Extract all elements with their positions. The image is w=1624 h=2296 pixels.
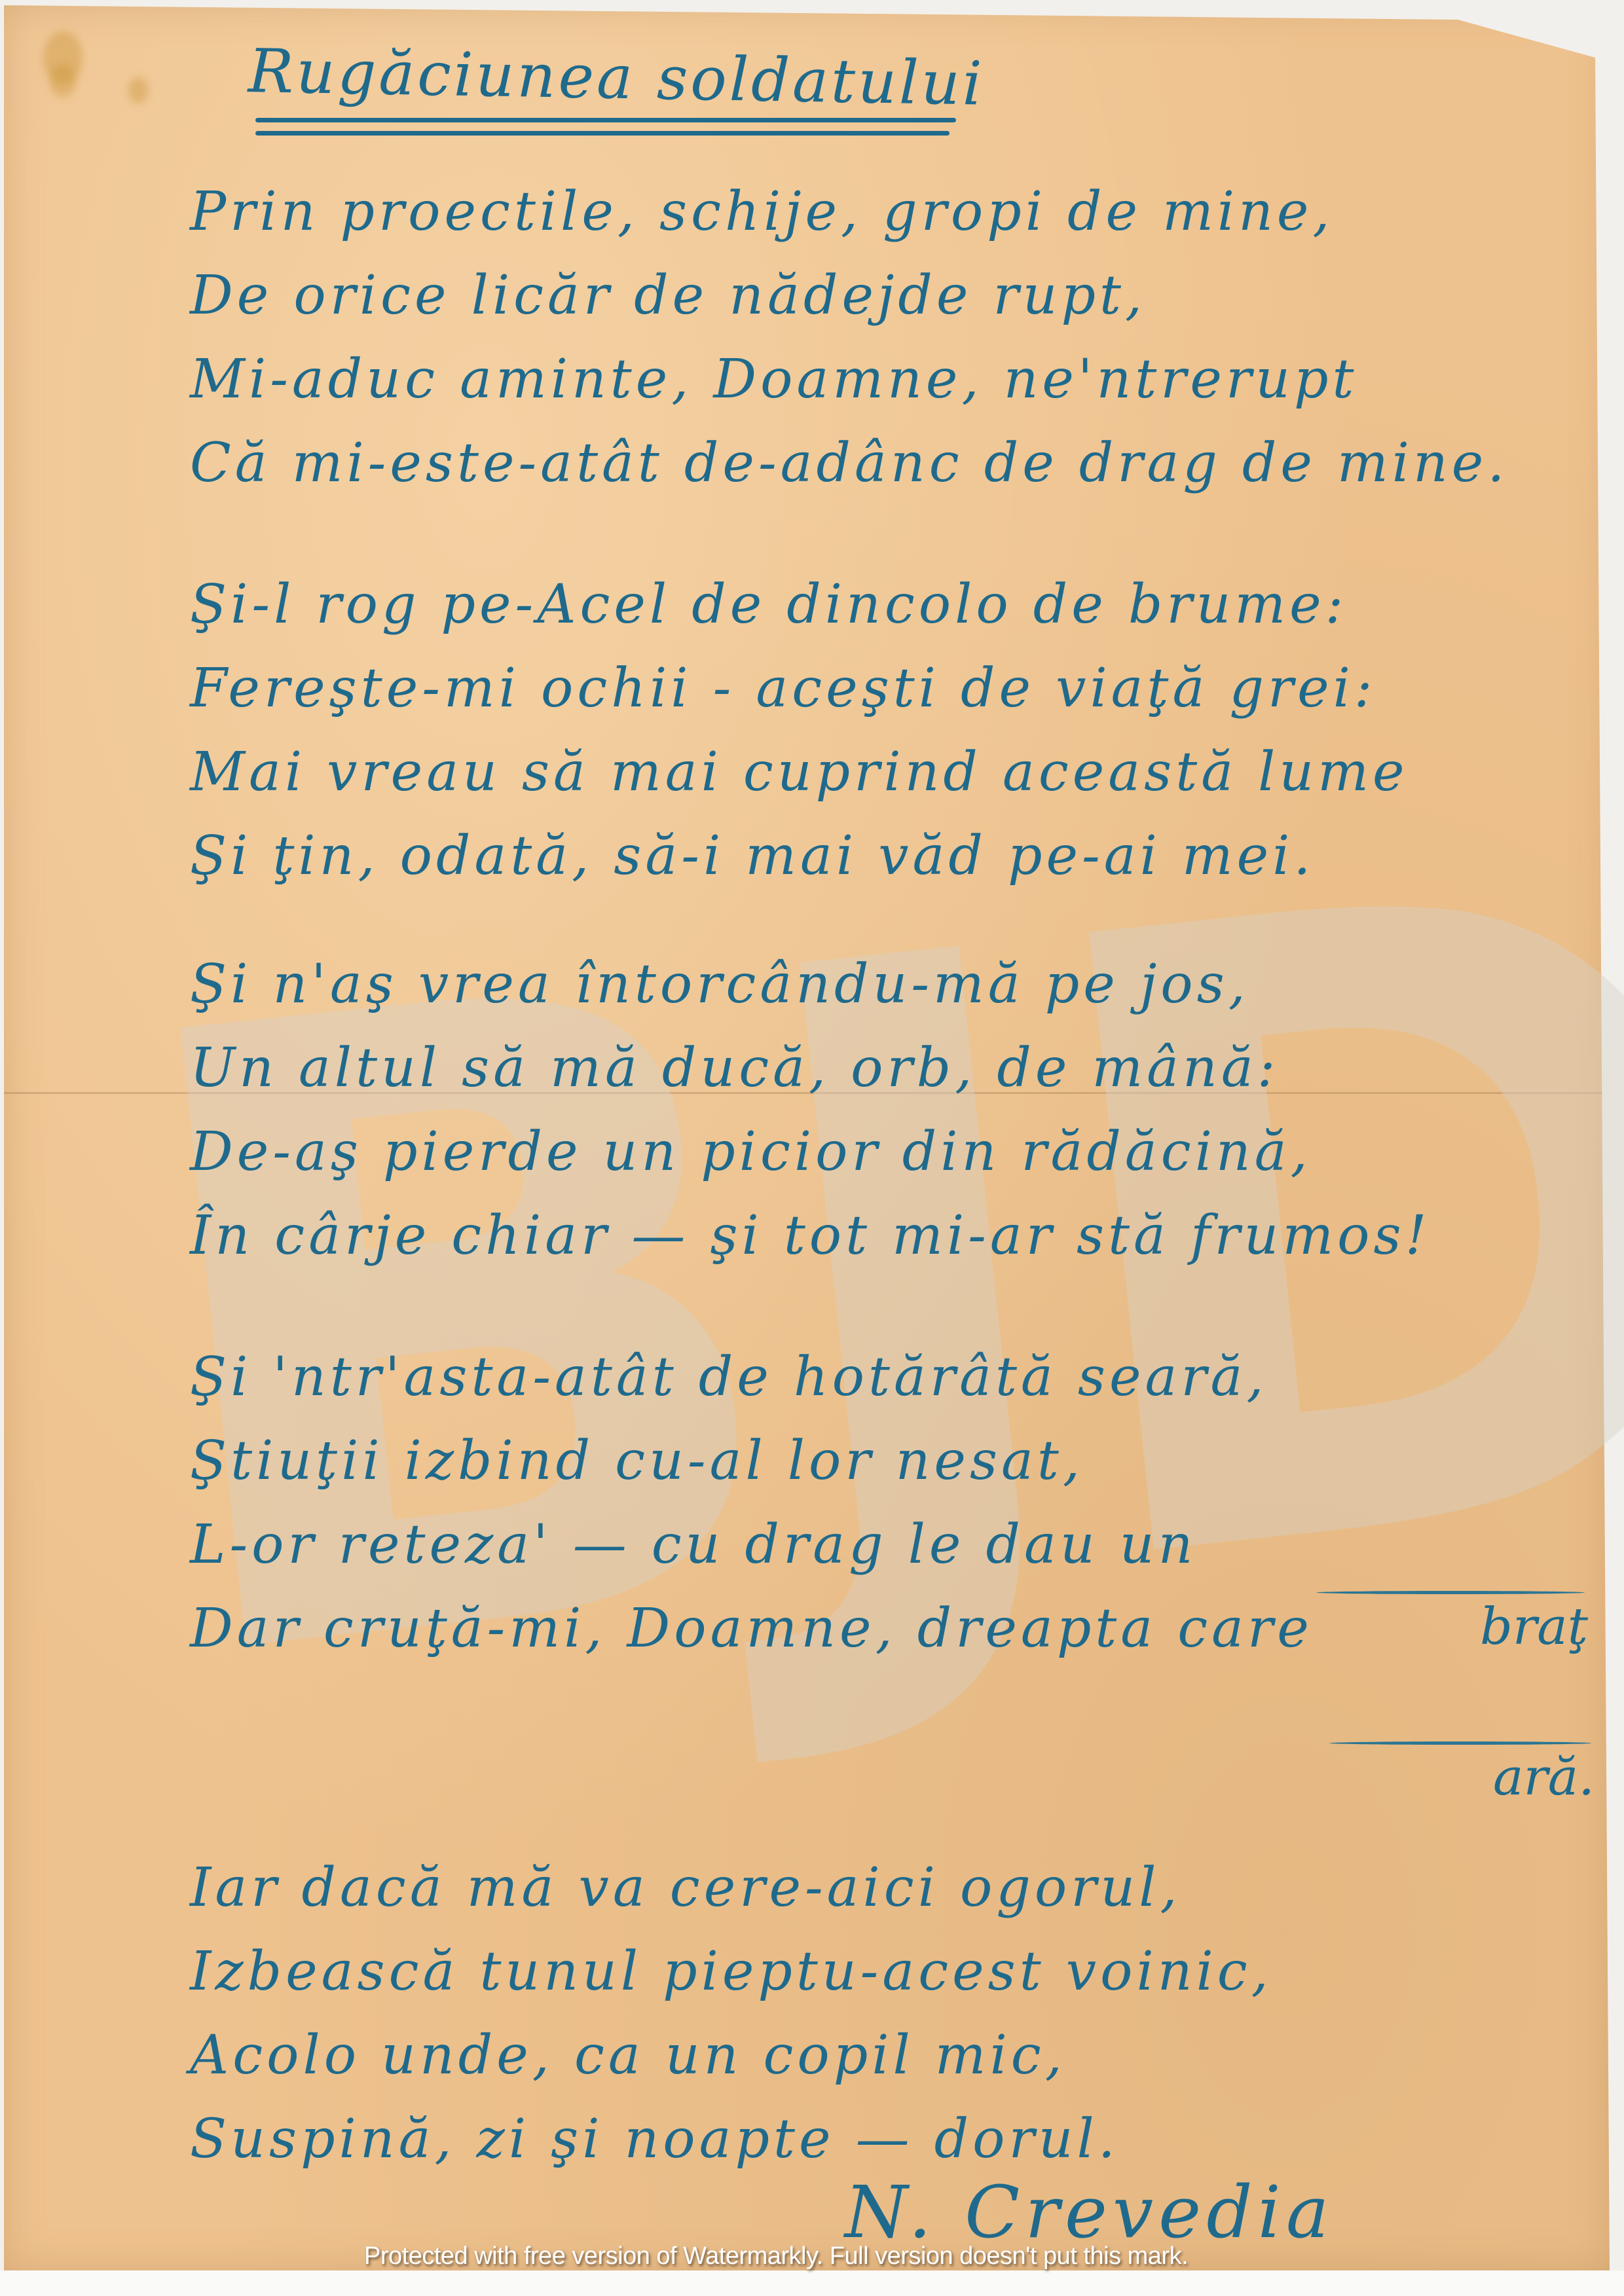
poem-line: Şi 'ntr'asta-atât de hotărâtă seară,	[190, 1336, 1500, 1419]
title-underline	[255, 131, 950, 136]
poem-line: În cârje chiar — şi tot mi-ar stă frumos…	[190, 1194, 1500, 1278]
paper-stain	[128, 77, 148, 103]
stanza-4: Şi 'ntr'asta-atât de hotărâtă seară, Şti…	[190, 1336, 1500, 1671]
poem-line: Mai vreau să mai cuprind această lume	[190, 731, 1500, 814]
poem-line: Prin proectile, schije, gropi de mine,	[190, 170, 1500, 254]
poem-line: De orice licăr de nădejde rupt,	[190, 254, 1500, 338]
poem-line: Şi n'aş vrea întorcându-mă pe jos,	[190, 943, 1500, 1027]
paper-stain	[50, 64, 76, 97]
margin-rule	[1329, 1741, 1591, 1745]
watermark-notice: Protected with free version of Watermark…	[364, 2242, 1188, 2270]
poem-line: Şi-l rog pe-Acel de dincolo de brume:	[190, 563, 1500, 647]
poem-line: Şi ţin, odată, să-i mai văd pe-ai mei.	[190, 814, 1500, 898]
margin-word-ara: ară.	[1493, 1748, 1595, 1807]
poem-line: Fereşte-mi ochii - aceşti de viaţă grei:	[190, 647, 1500, 731]
title-underline	[255, 118, 956, 122]
scan-bottom-margin	[0, 2270, 1624, 2296]
poem-line: Izbească tunul pieptu-acest voinic,	[190, 1930, 1500, 2014]
stanza-5: Iar dacă mă va cere-aici ogorul, Izbeasc…	[190, 1846, 1500, 2181]
poem-line: Dar cruţă-mi, Doamne, dreapta care	[190, 1587, 1500, 1671]
stanza-3: Şi n'aş vrea întorcându-mă pe jos, Un al…	[190, 943, 1500, 1278]
margin-rule	[1316, 1591, 1585, 1594]
author-signature: N. Crevedia	[845, 2170, 1334, 2254]
poem-title: Rugăciunea soldatului	[248, 36, 985, 119]
poem-line: Un altul să mă ducă, orb, de mână:	[190, 1027, 1500, 1110]
poem-line: Suspină, zi şi noapte — dorul.	[190, 2098, 1500, 2181]
margin-word-brat: braţ	[1480, 1597, 1588, 1656]
poem-line: Acolo unde, ca un copil mic,	[190, 2014, 1500, 2098]
poem-line: L-or reteza' — cu drag le dau un	[190, 1503, 1500, 1587]
poem-line: Mi-aduc aminte, Doamne, ne'ntrerupt	[190, 338, 1500, 422]
stanza-2: Şi-l rog pe-Acel de dincolo de brume: Fe…	[190, 563, 1500, 898]
poem-line: Că mi-este-atât de-adânc de drag de mine…	[190, 422, 1500, 505]
poem-line: Iar dacă mă va cere-aici ogorul,	[190, 1846, 1500, 1930]
stanza-1: Prin proectile, schije, gropi de mine, D…	[190, 170, 1500, 505]
poem-line: Ştiuţii izbind cu-al lor nesat,	[190, 1419, 1500, 1503]
poem-line: De-aş pierde un picior din rădăcină,	[190, 1110, 1500, 1194]
